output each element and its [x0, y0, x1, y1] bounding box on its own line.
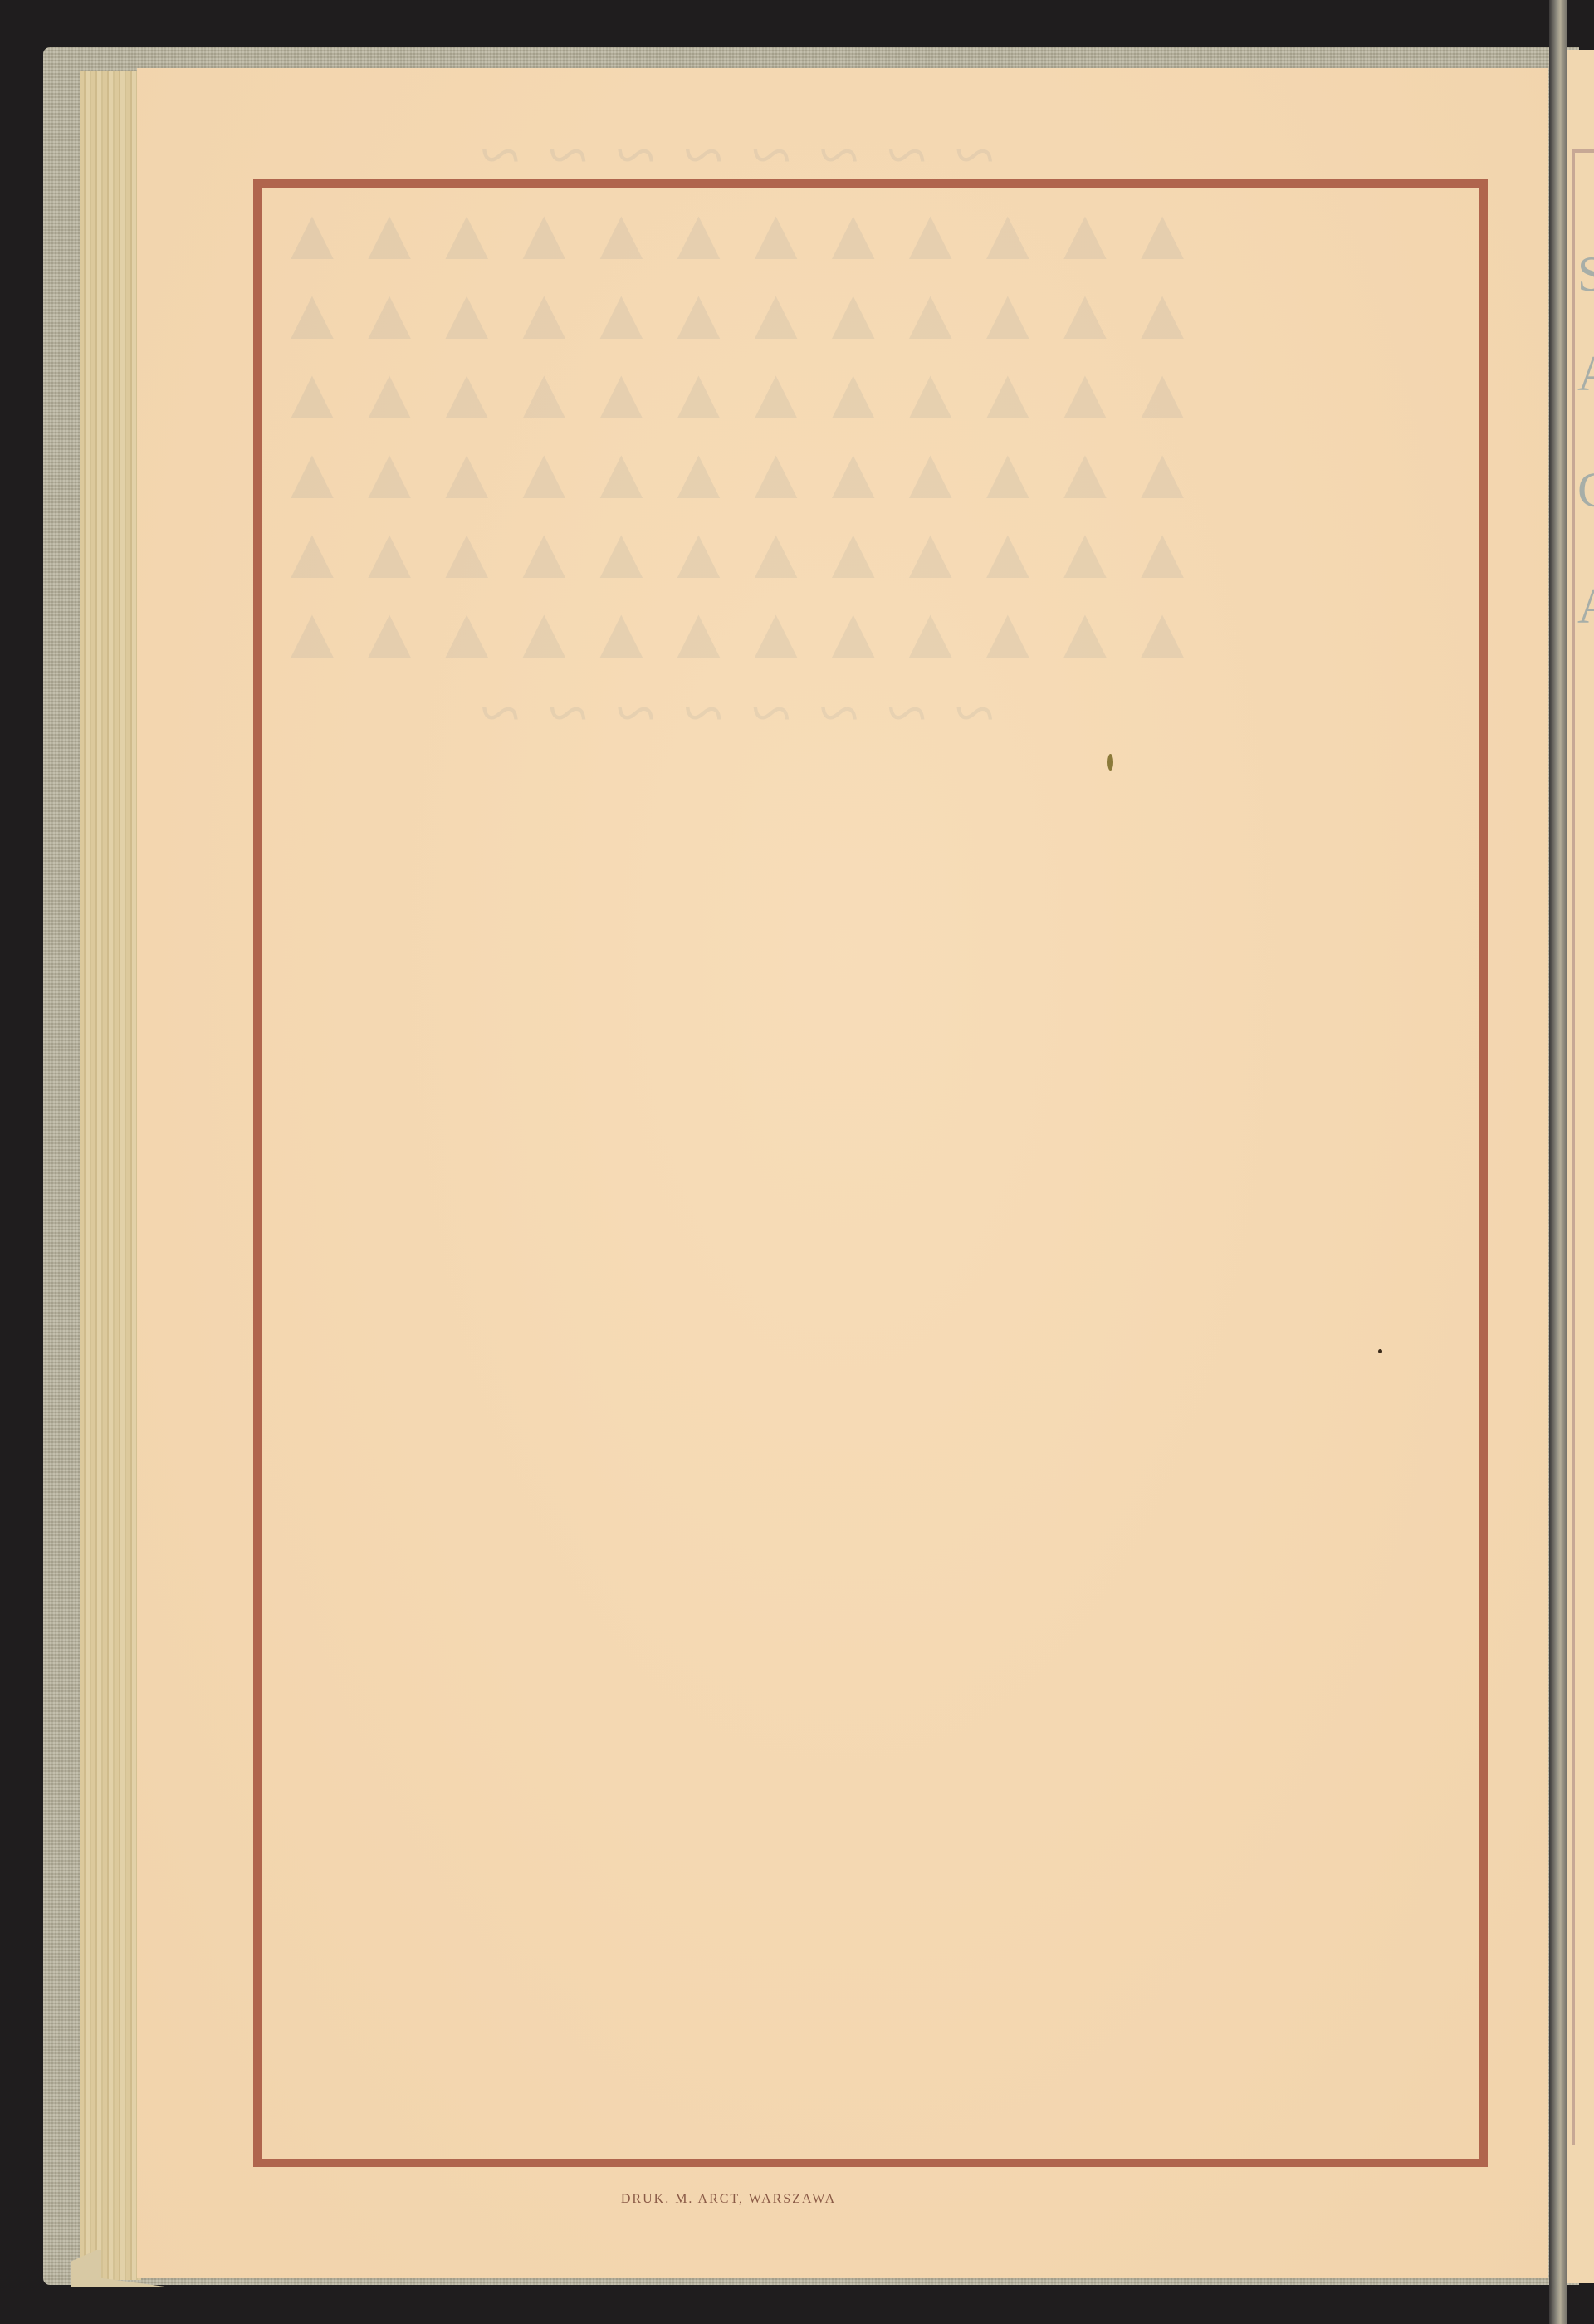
adjacent-page-glyph: C	[1577, 465, 1594, 515]
decorative-page-frame	[253, 179, 1488, 2167]
adjacent-page-glyph: S	[1577, 249, 1594, 299]
adjacent-page-glyph: A	[1577, 349, 1594, 399]
paper-speck	[1378, 1349, 1382, 1353]
adjacent-page-frame	[1572, 149, 1594, 2145]
paper-speck	[1107, 754, 1113, 771]
imprint-text: DRUK. M. ARCT, WARSZAWA	[621, 2192, 836, 2207]
book-gutter	[1549, 0, 1567, 2324]
printer-imprint: DRUK. M. ARCT, WARSZAWA	[0, 2192, 1594, 2207]
adjacent-page-glyph: A	[1577, 581, 1594, 631]
page-edges	[80, 71, 141, 2280]
